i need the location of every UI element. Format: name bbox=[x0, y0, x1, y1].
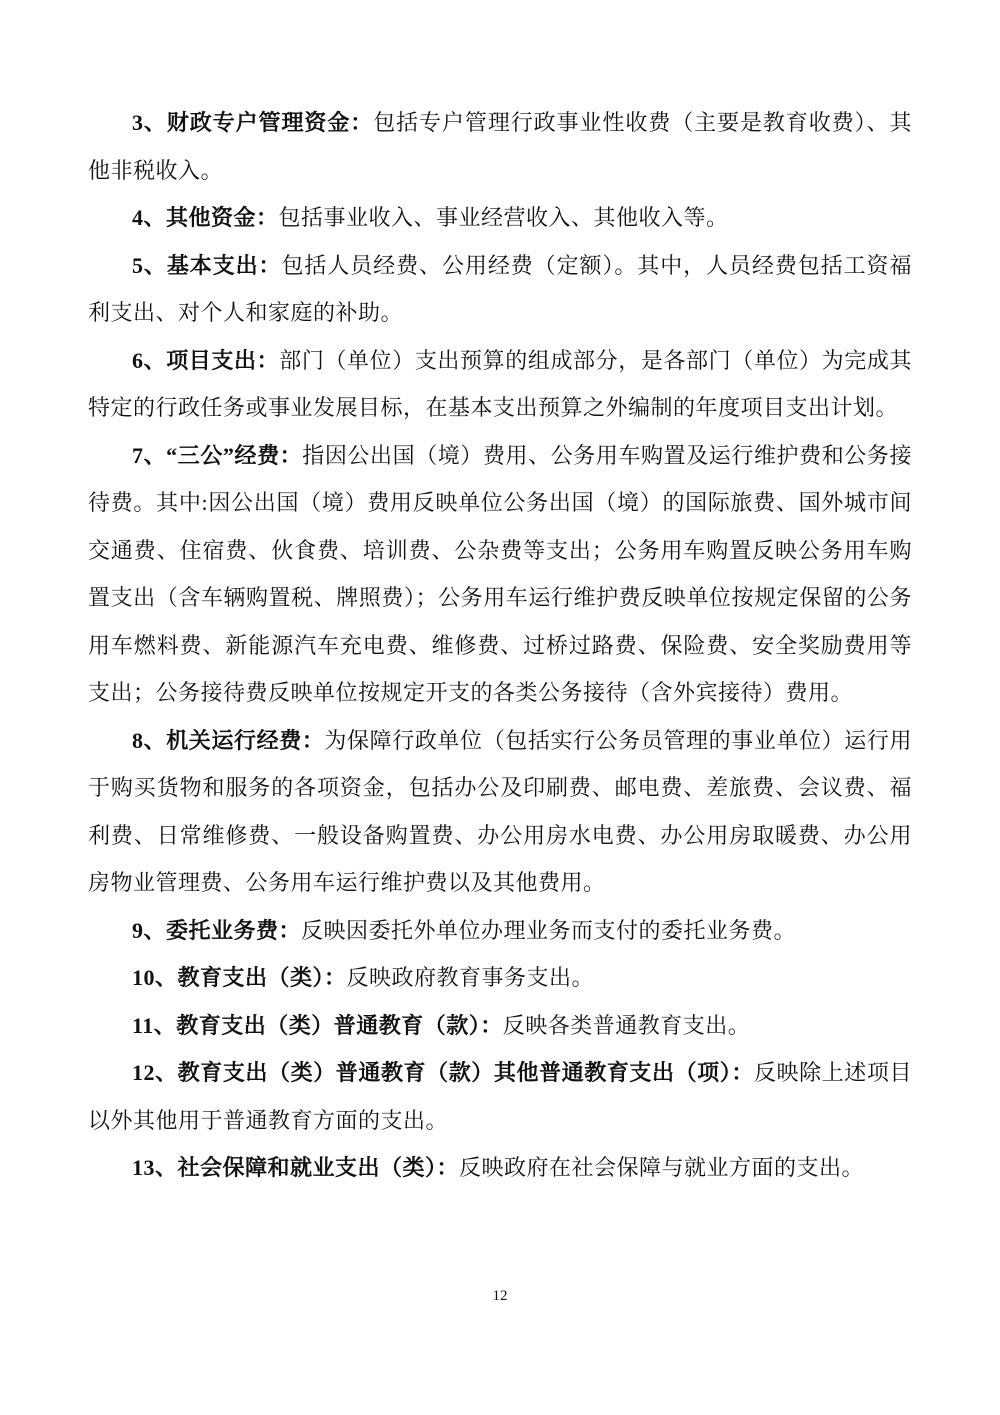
definition-paragraph: 9、委托业务费：反映因委托外单位办理业务而支付的委托业务费。 bbox=[88, 907, 912, 955]
definition-term: 8、机关运行经费： bbox=[132, 728, 324, 753]
definition-paragraph: 10、教育支出（类）：反映政府教育事务支出。 bbox=[88, 954, 912, 1002]
definition-text: 反映各类普通教育支出。 bbox=[503, 1013, 751, 1038]
definition-term: 6、项目支出： bbox=[132, 348, 279, 373]
definition-text: 指因公出国（境）费用、公务用车购置及运行维护费和公务接待费。其中:因公出国（境）… bbox=[88, 443, 912, 706]
definition-paragraph: 6、项目支出：部门（单位）支出预算的组成部分，是各部门（单位）为完成其特定的行政… bbox=[88, 337, 912, 432]
definition-term: 5、基本支出： bbox=[132, 253, 281, 278]
definition-term: 13、社会保障和就业支出（类）： bbox=[132, 1155, 459, 1180]
document-body: 3、财政专户管理资金：包括专户管理行政事业性收费（主要是教育收费）、其他非税收入… bbox=[88, 99, 912, 1192]
definition-paragraph: 3、财政专户管理资金：包括专户管理行政事业性收费（主要是教育收费）、其他非税收入… bbox=[88, 99, 912, 194]
definition-term: 7、“三公”经费： bbox=[132, 443, 302, 468]
definition-paragraph: 13、社会保障和就业支出（类）：反映政府在社会保障与就业方面的支出。 bbox=[88, 1144, 912, 1192]
definition-term: 4、其他资金： bbox=[132, 205, 279, 230]
document-page: 3、财政专户管理资金：包括专户管理行政事业性收费（主要是教育收费）、其他非税收入… bbox=[0, 0, 1000, 1415]
definition-text: 反映政府在社会保障与就业方面的支出。 bbox=[459, 1155, 864, 1180]
definition-text: 包括事业收入、事业经营收入、其他收入等。 bbox=[279, 205, 729, 230]
definition-paragraph: 7、“三公”经费：指因公出国（境）费用、公务用车购置及运行维护费和公务接待费。其… bbox=[88, 432, 912, 717]
definition-text: 反映政府教育事务支出。 bbox=[347, 965, 595, 990]
definition-paragraph: 5、基本支出：包括人员经费、公用经费（定额）。其中，人员经费包括工资福利支出、对… bbox=[88, 242, 912, 337]
definition-term: 10、教育支出（类）： bbox=[132, 965, 347, 990]
definition-paragraph: 11、教育支出（类）普通教育（款）：反映各类普通教育支出。 bbox=[88, 1002, 912, 1050]
definition-paragraph: 8、机关运行经费：为保障行政单位（包括实行公务员管理的事业单位）运行用于购买货物… bbox=[88, 717, 912, 907]
definition-term: 9、委托业务费： bbox=[132, 918, 301, 943]
page-number: 12 bbox=[0, 1288, 1000, 1305]
definition-paragraph: 12、教育支出（类）普通教育（款）其他普通教育支出（项）：反映除上述项目以外其他… bbox=[88, 1049, 912, 1144]
definition-term: 12、教育支出（类）普通教育（款）其他普通教育支出（项）： bbox=[132, 1060, 754, 1085]
definition-text: 反映因委托外单位办理业务而支付的委托业务费。 bbox=[301, 918, 796, 943]
definition-paragraph: 4、其他资金：包括事业收入、事业经营收入、其他收入等。 bbox=[88, 194, 912, 242]
definition-term: 11、教育支出（类）普通教育（款）： bbox=[132, 1013, 503, 1038]
definition-term: 3、财政专户管理资金： bbox=[132, 110, 373, 135]
